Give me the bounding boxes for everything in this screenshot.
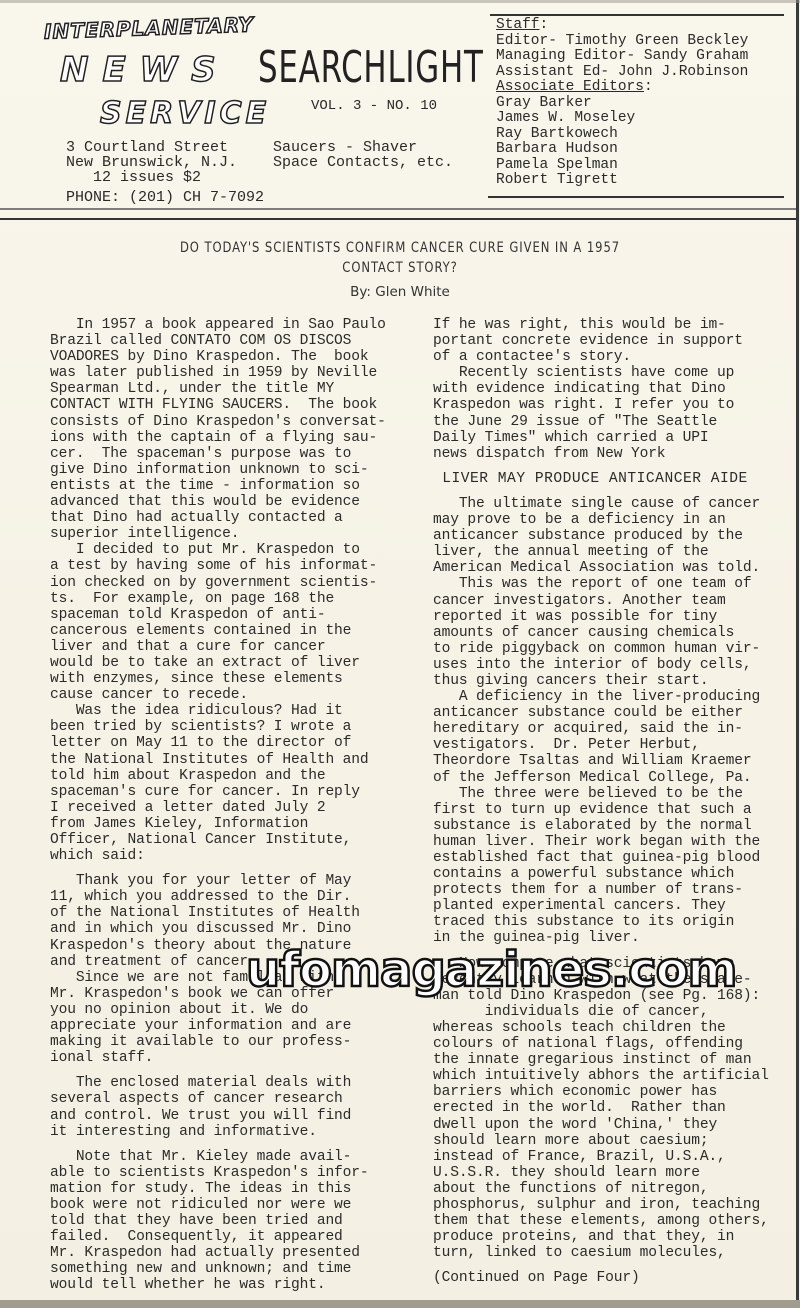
text-line: barriers which economic power has	[433, 1084, 769, 1100]
article-paragraph: In 1957 a book appeared in Sao PauloBraz…	[50, 317, 386, 864]
text-line: told that they have been tried and	[50, 1213, 386, 1229]
text-line: and in which you discussed Mr. Dino	[50, 921, 386, 937]
text-line: advanced that this would be evidence	[50, 494, 386, 510]
text-line: uses into the interior of body cells,	[433, 657, 769, 673]
article-paragraph: The ultimate single cause of cancermay p…	[433, 496, 769, 947]
text-line: first to turn up evidence that such a	[433, 802, 769, 818]
article-headline: DO TODAY'S SCIENTISTS CONFIRM CANCER CUR…	[69, 238, 731, 278]
text-line: protects them for a number of trans-	[433, 882, 769, 898]
staff-members: Editor- Timothy Green BeckleyManaging Ed…	[496, 34, 800, 81]
paragraph-gap	[433, 462, 769, 471]
text-line: book were not ridiculed nor were we	[50, 1197, 386, 1213]
text-line: spaceman's cure for cancer. In reply	[50, 784, 386, 800]
text-line: reported it was possible for tiny	[433, 609, 769, 625]
text-line: I decided to put Mr. Kraspedon to	[50, 542, 386, 558]
text-line: American Medical Association was told.	[433, 560, 769, 576]
text-line: that Dino had actually contacted a	[50, 510, 386, 526]
text-line: Note that Mr. Kieley made avail-	[50, 1149, 386, 1165]
article-paragraph: If he was right, this would be im-portan…	[433, 317, 769, 462]
news-dispatch-subhead: LIVER MAY PRODUCE ANTICANCER AIDE	[433, 471, 769, 487]
text-line: U.S.S.R. they should learn more	[433, 1165, 769, 1181]
text-line: phosphorus, sulphur and iron, teaching	[433, 1197, 769, 1213]
associate-editors-list: Gray BarkerJames W. MoseleyRay Bartkowec…	[496, 96, 800, 189]
text-line: was later published in 1959 by Neville	[50, 365, 386, 381]
associate-editor: Ray Bartkowech	[496, 127, 800, 143]
text-line: told him about Kraspedon and the	[50, 768, 386, 784]
text-line: ions with the captain of a flying sau-	[50, 430, 386, 446]
text-line: If he was right, this would be im-	[433, 317, 769, 333]
text-line: 11, which you addressed to the Dir.	[50, 889, 386, 905]
text-line: appreciate your information and are	[50, 1018, 386, 1034]
text-line: hereditary or acquired, said the in-	[433, 721, 769, 737]
text-line: individuals die of cancer,	[433, 1004, 769, 1020]
text-line: anticancer substance produced by the	[433, 528, 769, 544]
text-line: liver, the annual meeting of the	[433, 544, 769, 560]
staff-heading: Staff	[496, 17, 540, 33]
text-line: Theordore Tsaltas and William Kraemer	[433, 753, 769, 769]
text-line: anticancer substance could be either	[433, 705, 769, 721]
text-line: A deficiency in the liver-producing	[433, 689, 769, 705]
text-line: them that these elements, among others,	[433, 1213, 769, 1229]
address-line: New Brunswick, N.J.	[66, 155, 237, 170]
text-line: superior intelligence.	[50, 526, 386, 542]
text-line: from James Kieley, Information	[50, 816, 386, 832]
article-paragraph: Note that Mr. Kieley made avail-able to …	[50, 1149, 386, 1294]
text-line: with evidence indicating that Dino	[433, 381, 769, 397]
text-line: of a contactee's story.	[433, 349, 769, 365]
text-line: ion checked on by government scientis-	[50, 575, 386, 591]
masthead-rule	[0, 218, 796, 220]
associate-editor: Robert Tigrett	[496, 173, 800, 189]
text-line: ional staff.	[50, 1050, 386, 1066]
text-line: something new and unknown; and time	[50, 1261, 386, 1277]
paragraph-gap	[50, 864, 386, 873]
text-line: the June 29 issue of "The Seattle	[433, 414, 769, 430]
text-line: Mr. Kraspedon had actually presented	[50, 1245, 386, 1261]
text-line: able to scientists Kraspedon's infor-	[50, 1165, 386, 1181]
tagline-line: Space Contacts, etc.	[273, 155, 453, 170]
text-line: consists of Dino Kraspedon's conversat-	[50, 414, 386, 430]
headline-line: CONTACT STORY?	[69, 258, 731, 278]
text-line: failed. Consequently, it appeared	[50, 1229, 386, 1245]
article-paragraph: Now compare what scientists haverecently…	[433, 956, 769, 1262]
staff-top-rule	[490, 14, 784, 16]
text-line: give Dino information unknown to sci-	[50, 462, 386, 478]
masthead-rule	[0, 208, 796, 210]
text-line: ts. For example, on page 168 the	[50, 591, 386, 607]
text-line: with enzymes, since these elements	[50, 671, 386, 687]
staff-member: Assistant Ed- John J.Robinson	[496, 65, 800, 81]
text-line: several aspects of cancer research	[50, 1091, 386, 1107]
text-line: portant concrete evidence in support	[433, 333, 769, 349]
text-line: of the National Institutes of Health	[50, 905, 386, 921]
text-line: about the functions of nitregon,	[433, 1181, 769, 1197]
paragraph-gap	[433, 1261, 769, 1270]
volume-number: VOL. 3 - NO. 10	[311, 98, 437, 114]
text-line: Daily Times" which carried a UPI	[433, 430, 769, 446]
text-line: vestigators. Dr. Peter Herbut,	[433, 737, 769, 753]
text-line: a test by having some of his informat-	[50, 558, 386, 574]
logo-line-service: SERVICE	[100, 96, 270, 131]
text-line: planted experimental cancers. They	[433, 898, 769, 914]
text-line: established fact that guinea-pig blood	[433, 850, 769, 866]
text-line: entists at the time - information so	[50, 478, 386, 494]
text-line: making it available to our profess-	[50, 1034, 386, 1050]
text-line: turn, linked to caesium molecules,	[433, 1245, 769, 1261]
text-line: Thank you for your letter of May	[50, 873, 386, 889]
article-left-column: In 1957 a book appeared in Sao PauloBraz…	[50, 317, 386, 1294]
text-line: human liver. Their work began with the	[433, 834, 769, 850]
text-line: VOADORES by Dino Kraspedon. The book	[50, 349, 386, 365]
text-line: which intuitively abhors the artificial	[433, 1068, 769, 1084]
phone-number: PHONE: (201) CH 7-7092	[66, 189, 264, 206]
text-line: would tell whether he was right.	[50, 1277, 386, 1293]
text-line: you no opinion about it. We do	[50, 1002, 386, 1018]
associate-editor: Barbara Hudson	[496, 142, 800, 158]
associate-editor: Gray Barker	[496, 96, 800, 112]
text-line: LIVER MAY PRODUCE ANTICANCER AIDE	[433, 471, 769, 487]
text-line: Recently scientists have come up	[433, 365, 769, 381]
publication-title: SEARCHLIGHT	[258, 42, 484, 93]
text-line: to ride piggyback on common human vir-	[433, 641, 769, 657]
text-line: the National Institutes of Health and	[50, 752, 386, 768]
article-paragraph: The enclosed material deals withseveral …	[50, 1075, 386, 1139]
text-line: CONTACT WITH FLYING SAUCERS. The book	[50, 397, 386, 413]
text-line: news dispatch from New York	[433, 446, 769, 462]
text-line: Was the idea ridiculous? Had it	[50, 703, 386, 719]
text-line: mation for study. The ideas in this	[50, 1181, 386, 1197]
text-line: I received a letter dated July 2	[50, 800, 386, 816]
text-line: Spearman Ltd., under the title MY	[50, 381, 386, 397]
text-line: In 1957 a book appeared in Sao Paulo	[50, 317, 386, 333]
associate-editor: James W. Moseley	[496, 111, 800, 127]
text-line: dwell upon the word 'China,' they	[433, 1117, 769, 1133]
paper-bottom-edge	[0, 1300, 800, 1308]
text-line: contains a powerful substance which	[433, 866, 769, 882]
site-watermark: ufomagazines.com	[246, 946, 737, 994]
article-right-column: If he was right, this would be im-portan…	[433, 317, 769, 1286]
text-line: substance is elaborated by the normal	[433, 818, 769, 834]
text-line: thus giving cancers their start.	[433, 673, 769, 689]
address-line: 3 Courtland Street	[66, 140, 237, 155]
subscription-price: 12 issues $2	[66, 170, 237, 185]
text-line: instead of France, Brazil, U.S.A.,	[433, 1149, 769, 1165]
staff-member: Managing Editor- Sandy Graham	[496, 49, 800, 65]
paragraph-gap	[50, 1066, 386, 1075]
colon: :	[540, 17, 549, 33]
text-line: The enclosed material deals with	[50, 1075, 386, 1091]
text-line: which said:	[50, 848, 386, 864]
text-line: and control. We trust you will find	[50, 1108, 386, 1124]
text-line: Brazil called CONTATO COM OS DISCOS	[50, 333, 386, 349]
paper-top-edge	[0, 0, 800, 3]
text-line: may prove to be a deficiency in an	[433, 512, 769, 528]
colon: :	[644, 79, 653, 95]
tagline-line: Saucers - Shaver	[273, 140, 453, 155]
text-line: of the Jefferson Medical College, Pa.	[433, 770, 769, 786]
text-line: cause cancer to recede.	[50, 687, 386, 703]
staff-box: Staff: Editor- Timothy Green BeckleyMana…	[496, 14, 800, 189]
text-line: should learn more about caesium;	[433, 1133, 769, 1149]
staff-bottom-rule	[488, 196, 784, 198]
article-paragraph: (Continued on Page Four)	[433, 1270, 769, 1286]
text-line: traced this substance to its origin	[433, 914, 769, 930]
text-line: The three were believed to be the	[433, 786, 769, 802]
text-line: cancerous elements contained in the	[50, 623, 386, 639]
headline-line: DO TODAY'S SCIENTISTS CONFIRM CANCER CUR…	[69, 238, 731, 258]
newsletter-page: INTERPLANETARY NEWS SERVICE SEARCHLIGHT …	[0, 0, 799, 1300]
text-line: This was the report of one team of	[433, 576, 769, 592]
associate-editors-heading: Associate Editors	[496, 79, 644, 95]
text-line: Kraspedon was right. I refer you to	[433, 397, 769, 413]
text-line: letter on May 11 to the director of	[50, 735, 386, 751]
text-line: produce proteins, and that they, in	[433, 1229, 769, 1245]
text-line: the innate gregarious instinct of man	[433, 1052, 769, 1068]
logo-line-news: NEWS	[60, 50, 230, 90]
text-line: it interesting and informative.	[50, 1124, 386, 1140]
paragraph-gap	[433, 487, 769, 496]
text-line: cer. The spaceman's purpose was to	[50, 446, 386, 462]
associate-editor: Pamela Spelman	[496, 158, 800, 174]
mailing-address: 3 Courtland StreetNew Brunswick, N.J. 12…	[66, 140, 237, 185]
text-line: liver and that a cure for cancer	[50, 639, 386, 655]
text-line: spaceman told Kraspedon of anti-	[50, 607, 386, 623]
tagline: Saucers - ShaverSpace Contacts, etc.	[273, 140, 453, 170]
text-line: (Continued on Page Four)	[433, 1270, 769, 1286]
text-line: amounts of cancer causing chemicals	[433, 625, 769, 641]
text-line: been tried by scientists? I wrote a	[50, 719, 386, 735]
article-byline: By: Glen White	[0, 284, 800, 300]
text-line: erected in the world. Rather than	[433, 1100, 769, 1116]
text-line: whereas schools teach children the	[433, 1020, 769, 1036]
paragraph-gap	[50, 1140, 386, 1149]
text-line: colours of national flags, offending	[433, 1036, 769, 1052]
text-line: would be to take an extract of liver	[50, 655, 386, 671]
text-line: cancer investigators. Another team	[433, 593, 769, 609]
text-line: Officer, National Cancer Institute,	[50, 832, 386, 848]
logo-line-interplanetary: INTERPLANETARY	[44, 12, 254, 43]
interplanetary-news-service-logo: INTERPLANETARY NEWS SERVICE	[38, 8, 268, 138]
staff-member: Editor- Timothy Green Beckley	[496, 34, 800, 50]
text-line: The ultimate single cause of cancer	[433, 496, 769, 512]
